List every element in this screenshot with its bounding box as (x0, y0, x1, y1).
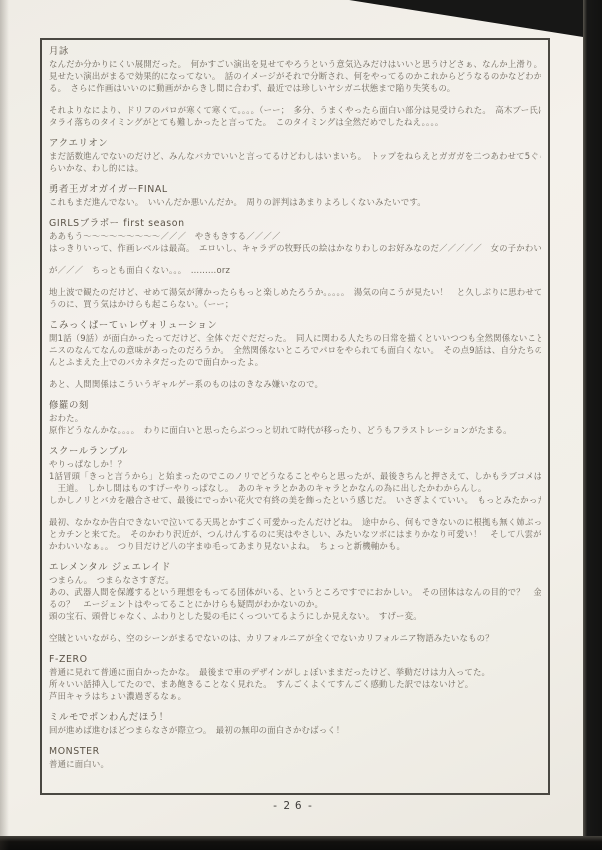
review-section: エレメンタル ジェエレイドつまらん。 つまらなさすぎだ。あの、武器人間を保護する… (49, 562, 541, 622)
paper-edge-shadow (0, 0, 9, 850)
review-section: MONSTER普通に面白い。 (49, 746, 541, 770)
text-line: 所々いい話挿入してたので、まあ飽きることなく見れた。 すんごくよくてすんごく感動… (49, 678, 541, 690)
text-line: 見せたい演出がまるで効果的になってない。 話のイメージがそれで分断され、何をやっ… (49, 70, 541, 82)
text-line: 1話冒頭「きっと言うから」と始まったのでこのノリでどうなることやらと思ったが、最… (49, 470, 541, 482)
text-line: うのに、買う気はかけらも起こらない。（ーー； (49, 298, 541, 310)
scanned-page: 月詠なんだか分かりにくい展開だった。 何かすごい演出を見せてやろうという意気込み… (0, 0, 602, 850)
review-section: F-ZERO普通に見れて普通に面白かったかな。 最後まで車のデザインがしょぼいま… (49, 654, 541, 702)
text-line: 開1話（9話）が面白かったってだけど、全体ぐだぐだだった。 同人に関わる人たちの… (49, 332, 541, 344)
review-paragraph: が／／／ ちっとも面白くない。。。 ………orz (49, 264, 541, 276)
text-line: 原作どうなんかな。。。。 わりに面白いと思ったらぶつっと切れて時代が移ったり、ど… (49, 424, 541, 436)
section-title: MONSTER (49, 746, 541, 758)
text-line: はっきりいって、作画レベルは最高。 エロいし、キャラデの牧野氏の絵はかなりわしの… (49, 242, 541, 254)
section-title: エレメンタル ジェエレイド (49, 562, 541, 574)
text-line: 普通に見れて普通に面白かったかな。 最後まで車のデザインがしょぼいままだったけど… (49, 666, 541, 678)
text-line: それよりなにより、ドリフのパロが寒くて寒くて。。。。（ーー； 多分、うまくやった… (49, 104, 541, 116)
text-line: とカチンと来てた。 そのかわり沢近が、つんけんするのに実はやさしい、みたいなツボ… (49, 528, 541, 540)
text-line: 芦田キャラはちょい濃過ぎるなぁ。 (49, 690, 541, 702)
review-section: 月詠なんだか分かりにくい展開だった。 何かすごい演出を見せてやろうという意気込み… (49, 46, 541, 94)
section-title: アクエリオン (49, 138, 541, 150)
text-line: るの？ エージェントはやってることにかけらも疑問がわかないのか。 (49, 598, 541, 610)
section-title: 月詠 (49, 46, 541, 58)
text-line: やりっぱなしか！？ (49, 458, 541, 470)
text-line: らいかな、わし的には。 (49, 162, 541, 174)
review-paragraph: 最初、なかなか告白できないで泣いてる天馬とかすごく可愛かったんだけどね。 途中か… (49, 516, 541, 552)
text-line: ああもう〜〜〜〜〜〜〜〜〜／／／ やきもきする／／／／ (49, 230, 541, 242)
text-line: まだ話数進んでないのだけど、みんなバカでいいと言ってるけどわしはいまいち。 トッ… (49, 150, 541, 162)
section-title: スクールランブル (49, 446, 541, 458)
review-section: GIRLSブラボー first seasonああもう〜〜〜〜〜〜〜〜〜／／／ や… (49, 218, 541, 254)
section-title: 勇者王ガオガイガーFINAL (49, 184, 541, 196)
text-line: 回が進めば進むほどつまらなさが際立つ。 最初の無印の面白さかむばっく！ (49, 724, 541, 736)
review-section: 修羅の刻おわた。原作どうなんかな。。。。 わりに面白いと思ったらぶつっと切れて時… (49, 400, 541, 436)
text-line: おわた。 (49, 412, 541, 424)
scanner-background-right (583, 0, 602, 850)
section-title: F-ZERO (49, 654, 541, 666)
text-line: 王道。 しかし間はものすげーやりっぱなし。 あのキャラとかあのキャラとかなんの為… (49, 482, 541, 494)
text-line: 最初、なかなか告白できないで泣いてる天馬とかすごく可愛かったんだけどね。 途中か… (49, 516, 541, 528)
text-line: が／／／ ちっとも面白くない。。。 ………orz (49, 264, 541, 276)
section-title: 修羅の刻 (49, 400, 541, 412)
text-line: かわいいなぁ。。 つり目だけど八の字まゆ毛ってあまり見ないよね。 ちょっと新機軸… (49, 540, 541, 552)
page-number: -26- (40, 799, 550, 812)
section-title: こみっくぱーてぃレヴォリューション (49, 320, 541, 332)
section-title: ミルモでポンわんだほう！ (49, 712, 541, 724)
review-paragraph: 地上波で観たのだけど、せめて湯気が薄かったらもっと楽しめたろうか。。。。。 湯気… (49, 286, 541, 310)
review-section: スクールランブルやりっぱなしか！？1話冒頭「きっと言うから」と始まったのでこのノ… (49, 446, 541, 506)
text-line: あの、武器人間を保護するという理想をもってる団体がいる、というところですでにおか… (49, 586, 541, 598)
review-section: ミルモでポンわんだほう！回が進めば進むほどつまらなさが際立つ。 最初の無印の面白… (49, 712, 541, 736)
text-line: これもまだ進んでない。 いいんだか悪いんだか。 周りの評判はあまりよろしくないみ… (49, 196, 541, 208)
text-line: ニスのなんてなんの意味があったのだろうか。 全然関係ないところでパロをやられても… (49, 344, 541, 356)
text-line: なんだか分かりにくい展開だった。 何かすごい演出を見せてやろうという意気込みだけ… (49, 58, 541, 70)
text-line: 地上波で観たのだけど、せめて湯気が薄かったらもっと楽しめたろうか。。。。。 湯気… (49, 286, 541, 298)
review-section: こみっくぱーてぃレヴォリューション開1話（9話）が面白かったってだけど、全体ぐだ… (49, 320, 541, 368)
text-line: 空賊といいながら、空のシーンがまるでないのは、カリフォルニアが全くでないカリフォ… (49, 632, 541, 644)
text-line: しかしノリとバカを融合させて、最後にでっかい花火で有終の美を飾ったという感じだ。… (49, 494, 541, 506)
text-line: 頭の宝石、頭骨じゃなく、ふわりとした髪の毛にくっついてるようにしか見えない。 す… (49, 610, 541, 622)
review-paragraph: それよりなにより、ドリフのパロが寒くて寒くて。。。。（ーー； 多分、うまくやった… (49, 104, 541, 128)
text-line: る。 さらに作画はいいのに動画がからきし間に合わず、最近では珍しいヤシガニ状態ま… (49, 82, 541, 94)
text-line: タライ落ちのタイミングがとても難しかったと言ってた。 このタイミングは全然だめで… (49, 116, 541, 128)
text-line: つまらん。 つまらなさすぎだ。 (49, 574, 541, 586)
review-section: アクエリオンまだ話数進んでないのだけど、みんなバカでいいと言ってるけどわしはいま… (49, 138, 541, 174)
text-line: あと、人間関係はこういうギャルゲー系のものはのきなみ嫌いなので。 (49, 378, 541, 390)
review-paragraph: あと、人間関係はこういうギャルゲー系のものはのきなみ嫌いなので。 (49, 378, 541, 390)
text-line: んとふまえた上でのバカネタだったので面白かったよ。 (49, 356, 541, 368)
scanner-background-top-right (0, 0, 602, 40)
review-section: 勇者王ガオガイガーFINALこれもまだ進んでない。 いいんだか悪いんだか。 周り… (49, 184, 541, 208)
scanner-background-bottom (0, 836, 602, 850)
text-line: 普通に面白い。 (49, 758, 541, 770)
text-frame: 月詠なんだか分かりにくい展開だった。 何かすごい演出を見せてやろうという意気込み… (40, 38, 550, 795)
review-paragraph: 空賊といいながら、空のシーンがまるでないのは、カリフォルニアが全くでないカリフォ… (49, 632, 541, 644)
section-title: GIRLSブラボー first season (49, 218, 541, 230)
